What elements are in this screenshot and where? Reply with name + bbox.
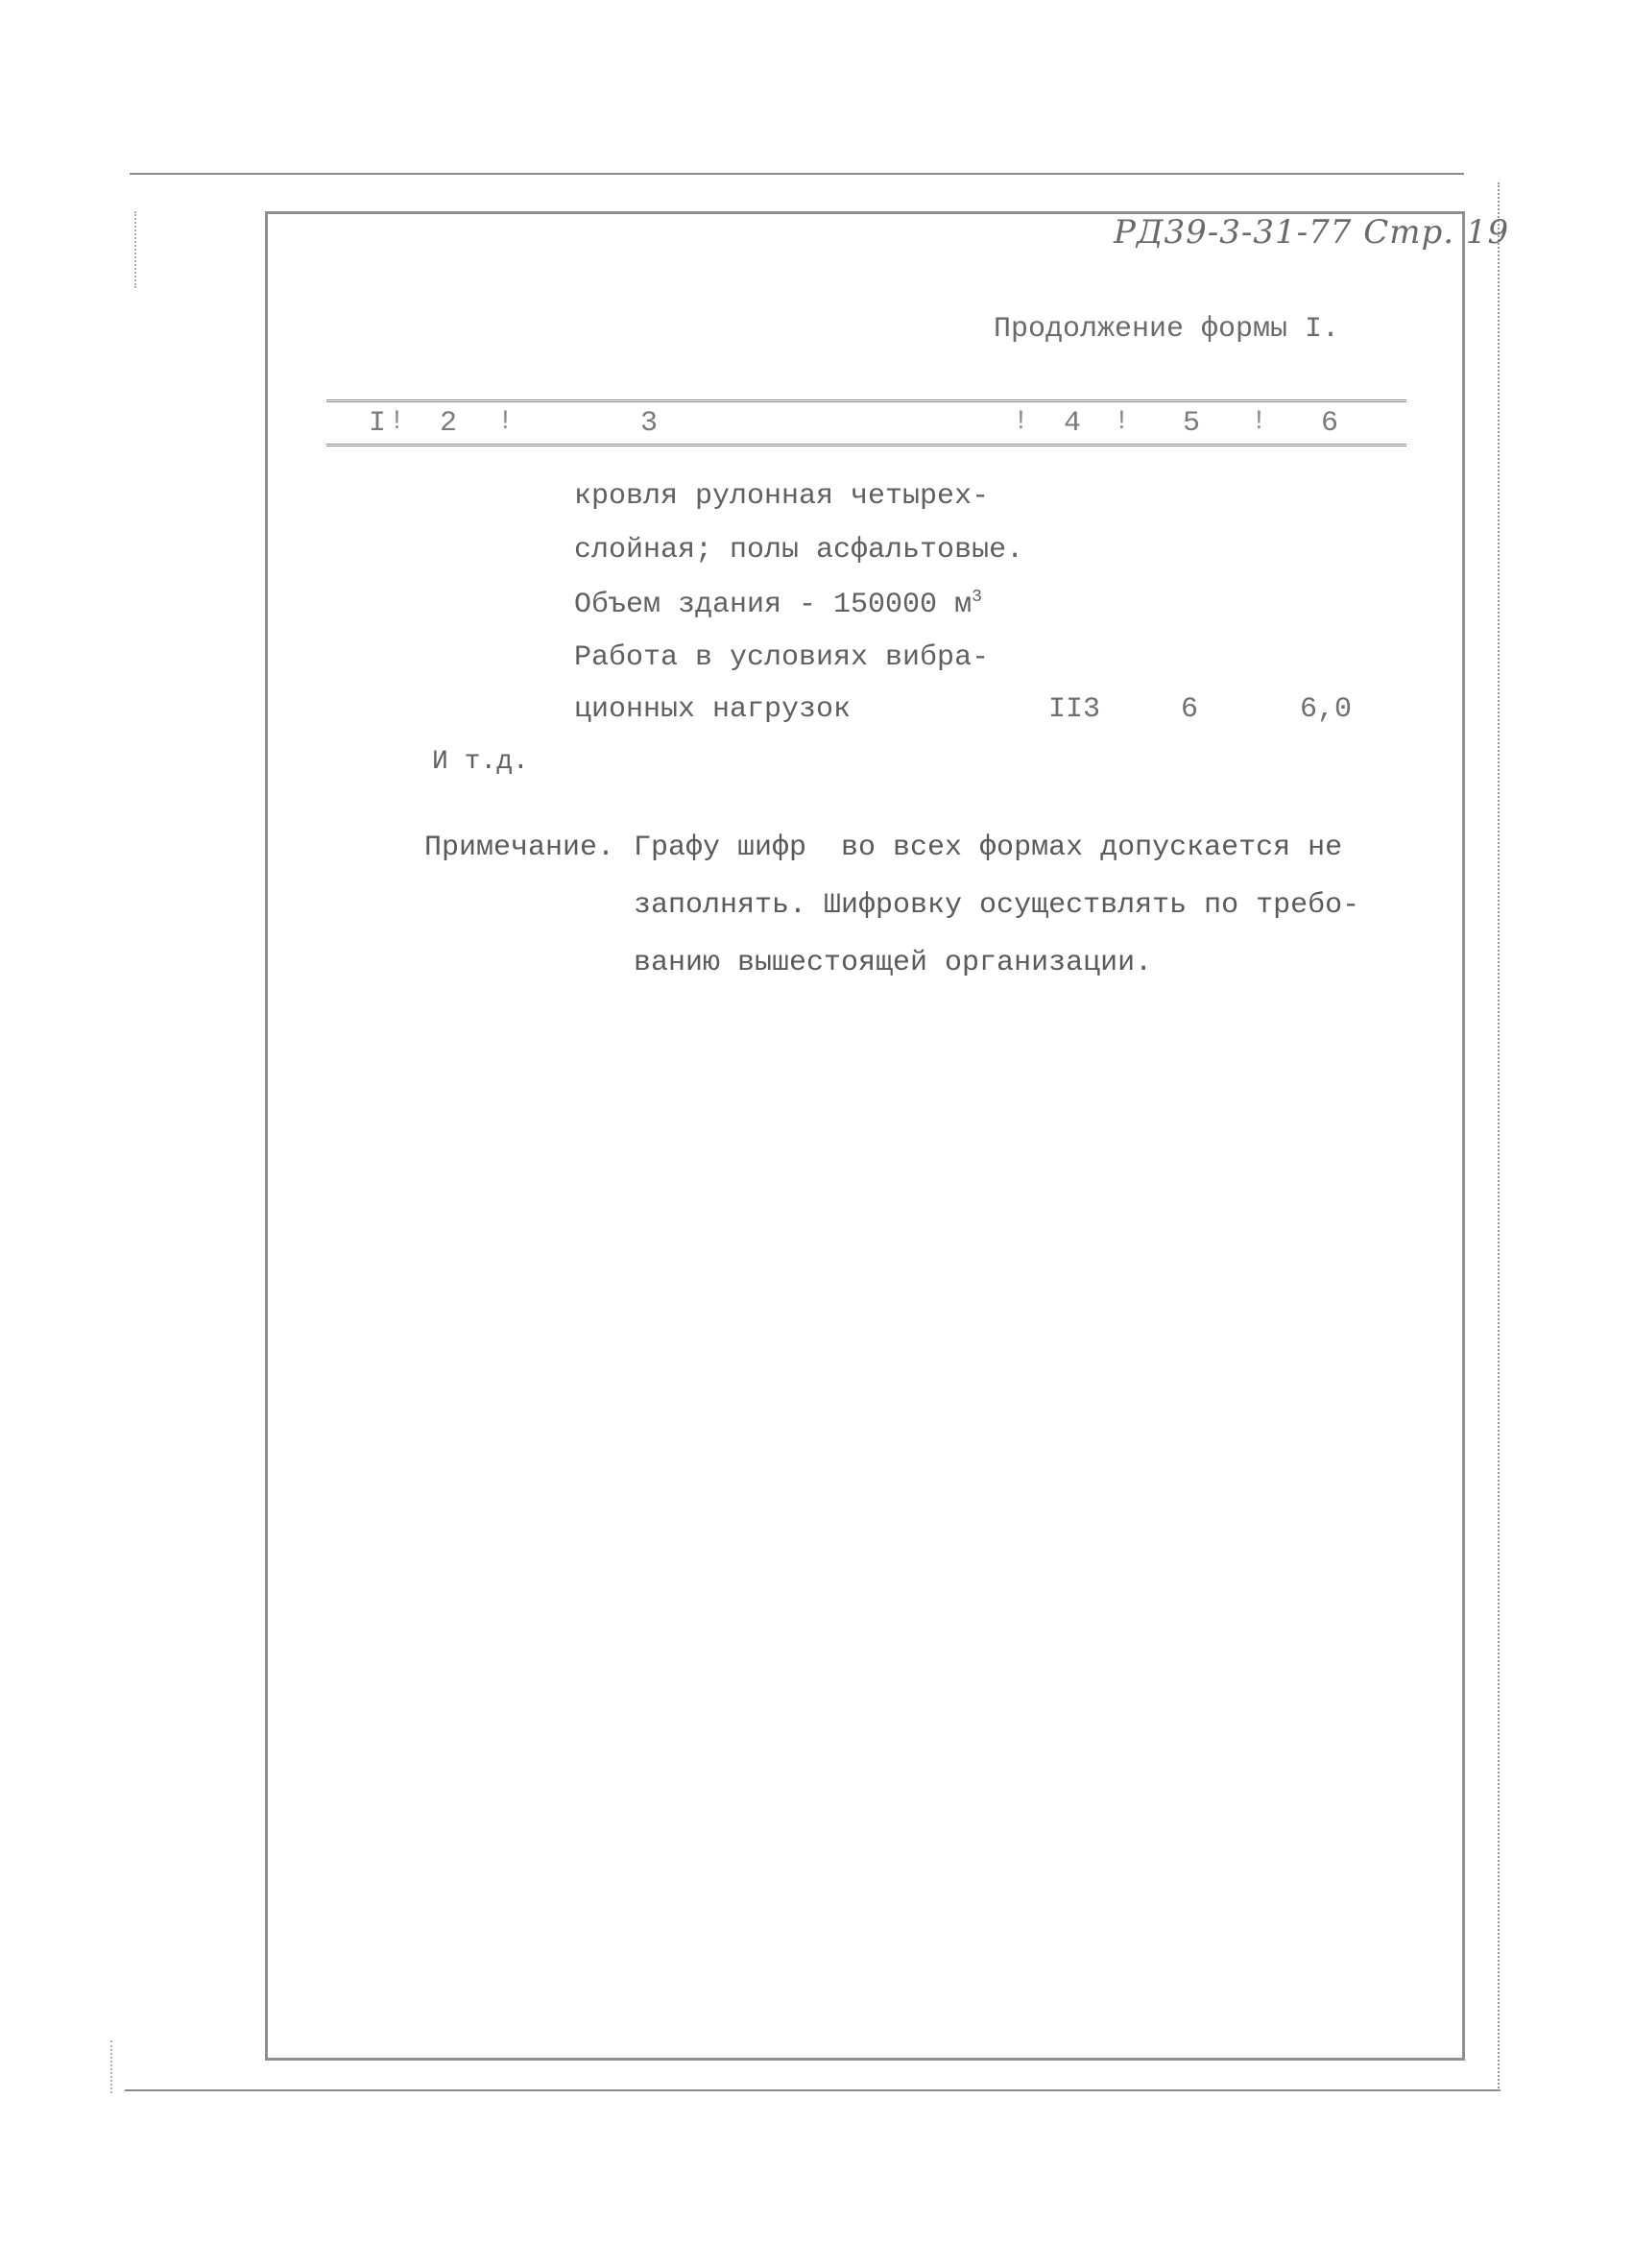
table-header-separator: ! xyxy=(1251,407,1267,437)
row-volume-text: Объем здания - 150000 м xyxy=(574,589,972,621)
table-header-separator: ! xyxy=(497,407,514,437)
table-header-top-rule xyxy=(326,399,1406,402)
continued-form-label: Продолжение формы I. xyxy=(994,313,1339,346)
etc-label: И т.д. xyxy=(432,747,529,777)
row-col-4-value: II3 xyxy=(1048,693,1100,726)
table-header-col-6: 6 xyxy=(1321,407,1338,440)
table-header-bottom-rule xyxy=(326,444,1406,446)
row-description-line: Объем здания - 150000 м3 xyxy=(574,588,982,621)
page-left-margin-marks xyxy=(134,211,136,288)
note-label: Примечание. xyxy=(424,832,614,864)
table-header-col-2: 2 xyxy=(440,407,457,440)
row-col-5-value: 6 xyxy=(1181,693,1198,726)
note-line: заполнять. Шифровку осуществлять по треб… xyxy=(634,889,1359,922)
page-outer-right-border xyxy=(1498,182,1500,2091)
page-outer-bottom-border xyxy=(125,2089,1501,2091)
table-header-separator: ! xyxy=(1013,407,1029,437)
page-left-margin-marks-bottom xyxy=(110,2040,112,2093)
row-description-line: ционных нагрузок xyxy=(574,693,851,726)
table-header-separator: ! xyxy=(1114,407,1130,437)
note-line: Графу шифр во всех формах допускается не xyxy=(634,832,1342,864)
note-line: ванию вышестоящей организации. xyxy=(634,947,1152,979)
row-description-line: Работа в условиях вибра- xyxy=(574,641,989,674)
volume-unit-superscript: 3 xyxy=(972,588,982,607)
table-header-separator: ! xyxy=(389,407,405,437)
document-code: РД39-3-31-77 Стр. 19 xyxy=(1114,213,1509,252)
row-description-line: кровля рулонная четырех- xyxy=(574,480,989,513)
table-header-col-4: 4 xyxy=(1064,407,1081,440)
row-description-line: слойная; полы асфальтовые. xyxy=(574,534,1023,567)
table-header-col-5: 5 xyxy=(1183,407,1200,440)
row-col-6-value: 6,0 xyxy=(1300,693,1352,726)
page-outer-top-border xyxy=(130,173,1464,175)
table-header-col-1: I xyxy=(369,407,386,440)
table-header-col-3: 3 xyxy=(640,407,658,440)
